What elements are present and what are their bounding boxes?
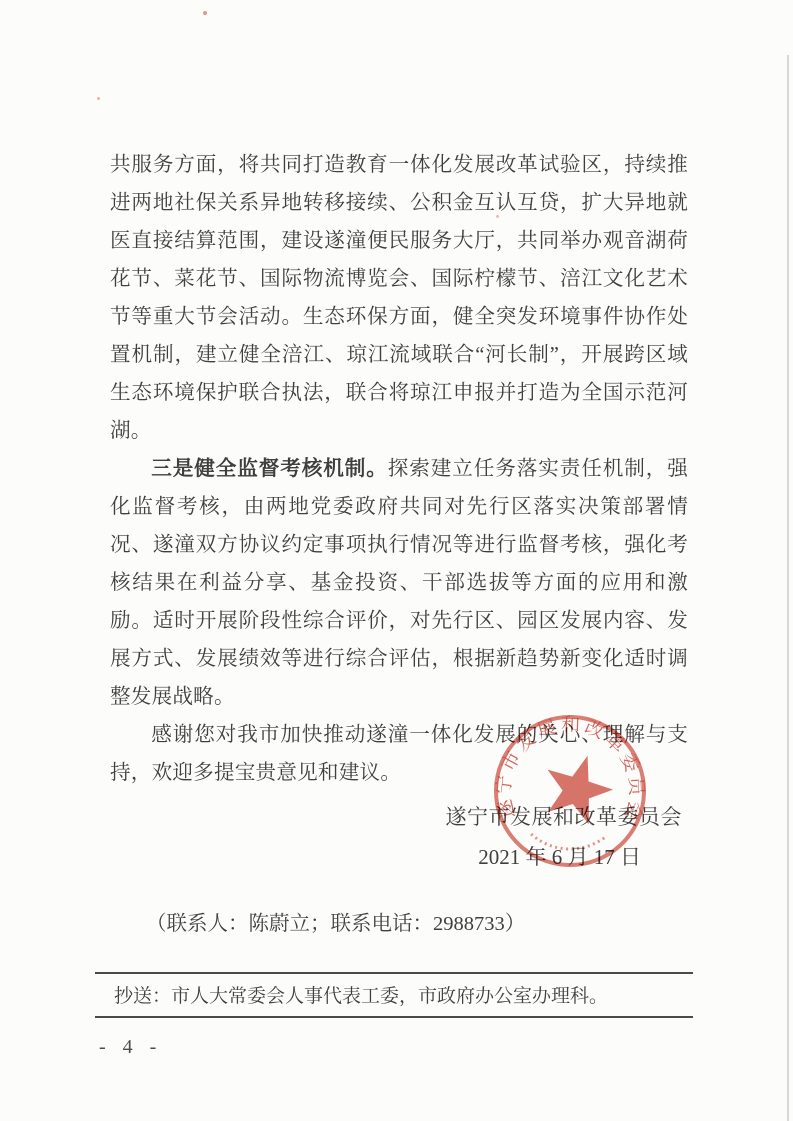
contact-line: （联系人：陈蔚立；联系电话：2988733） [146, 906, 525, 936]
signature-date: 2021 年 6 月 17 日 [478, 841, 641, 871]
paragraph-closing: 感谢您对我市加快推动遂潼一体化发展的关心、理解与支持，欢迎多提宝贵意见和建议。 [110, 716, 688, 792]
scanned-document-page: 共服务方面，将共同打造教育一体化发展改革试验区，持续推进两地社保关系异地转移接续… [0, 0, 793, 1121]
page-number: - 4 - [99, 1036, 162, 1059]
footer-divider-top [95, 972, 693, 974]
paragraph-text: 探索建立任务落实责任机制，强化监督考核，由两地党委政府共同对先行区落实决策部署情… [110, 458, 688, 708]
scan-speck [203, 11, 207, 15]
paragraph-point-three: 三是健全监督考核机制。探索建立任务落实责任机制，强化监督考核，由两地党委政府共同… [110, 450, 688, 716]
scan-edge-artifact [787, 55, 789, 1121]
signature-organization: 遂宁市发展和改革委员会 [446, 801, 683, 831]
paragraph-text: 感谢您对我市加快推动遂潼一体化发展的关心、理解与支持，欢迎多提宝贵意见和建议。 [110, 724, 688, 784]
footer-divider-bottom [95, 1016, 693, 1018]
scan-speck [97, 97, 100, 100]
paragraph-bold-lead: 三是健全监督考核机制。 [151, 458, 388, 480]
scan-speck [496, 215, 499, 218]
cc-line: 抄送：市人大常委会人事代表工委，市政府办公室办理科。 [114, 981, 608, 1008]
paragraph-text: 共服务方面，将共同打造教育一体化发展改革试验区，持续推进两地社保关系异地转移接续… [110, 154, 688, 442]
paragraph-continuation: 共服务方面，将共同打造教育一体化发展改革试验区，持续推进两地社保关系异地转移接续… [110, 146, 688, 450]
letter-body: 共服务方面，将共同打造教育一体化发展改革试验区，持续推进两地社保关系异地转移接续… [110, 146, 688, 792]
